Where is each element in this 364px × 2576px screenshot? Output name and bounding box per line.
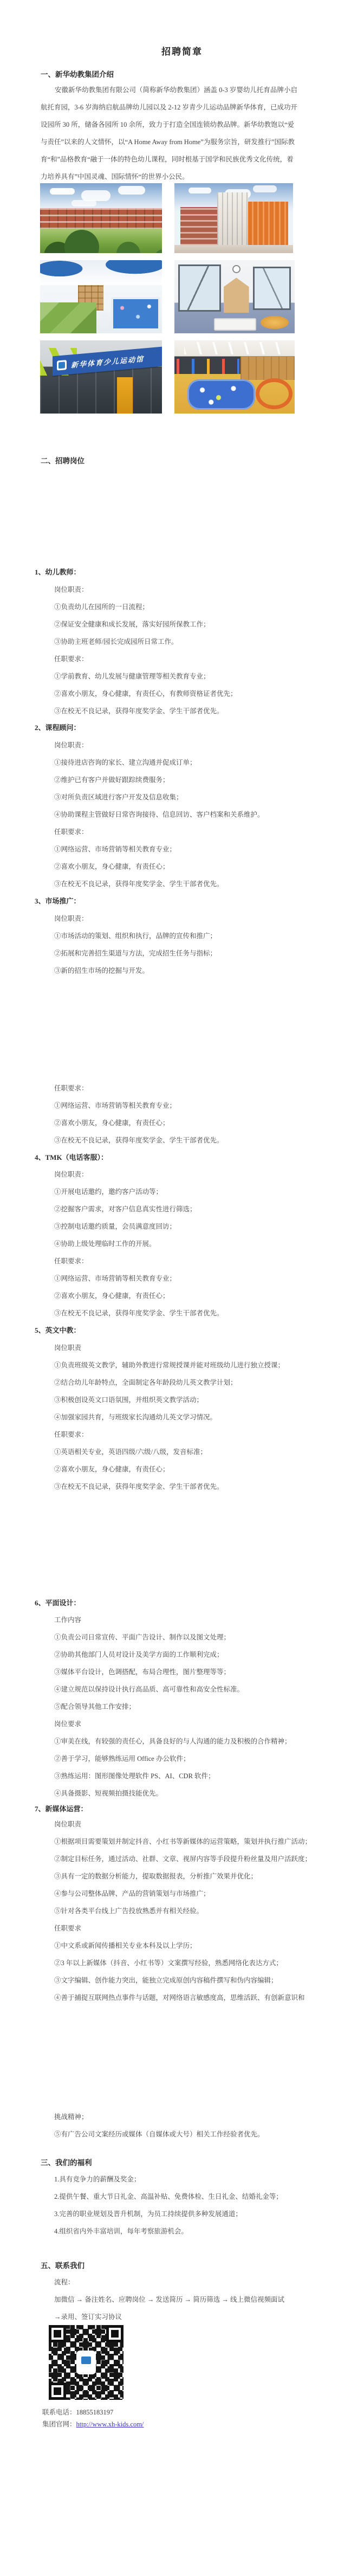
job-detail-line: ③对所负责区域进行客户开发及信息收集； bbox=[54, 789, 264, 806]
round-rug-shape bbox=[261, 316, 289, 329]
photo-indoor-playground-green-hills bbox=[40, 260, 162, 333]
job-heading-course-consultant: 2、课程顾问： bbox=[35, 719, 81, 737]
section-heading-contact-us: 五、联系我们 bbox=[41, 2257, 84, 2275]
job-detail-line: 工作内容 bbox=[54, 1611, 291, 1629]
job-detail-list-continued: 任职要求：①网络运营、市场营销等相关教育专业；②喜欢小朋友，身心健康，有责任心；… bbox=[54, 1080, 224, 1149]
job-detail-line: ③在校无不良记录，获得年度奖学金、学生干部者优先。 bbox=[54, 1132, 224, 1149]
job-detail-line: ①市场活动的策划、组织和执行，品牌的宣传和推广； bbox=[54, 927, 217, 945]
intro-line: 安徽新华幼教集团有限公司（简称新华幼教集团）涵盖 0-3 岁婴幼儿托育品牌小启 bbox=[41, 81, 297, 99]
recruitment-document-page: 招聘简章 一、新华幼教集团介绍 安徽新华幼教集团有限公司（简称新华幼教集团）涵盖… bbox=[0, 0, 364, 2576]
blue-mat-shape bbox=[187, 379, 255, 410]
job-detail-line: ③具有一定的数据分析能力，提取数据报表，分析推广效果并优化； bbox=[54, 1868, 311, 1885]
job-detail-line: ②协助其他部门人员对设计及美学方面的工作顺利完成； bbox=[54, 1646, 291, 1663]
orange-facade-shape bbox=[248, 202, 288, 246]
blue-cloud-ceiling-shape bbox=[40, 260, 162, 285]
job-detail-line: ①负责班级英文教学，辅助外教进行常规授课并能对班级幼儿进行独立授课； bbox=[54, 1357, 284, 1374]
job-detail-line: 岗位要求 bbox=[54, 1715, 291, 1733]
process-flow-line: 加微信 → 备注姓名、应聘岗位 → 发送简历 → 简历筛选 → 线上微信视频面试 bbox=[54, 2291, 284, 2308]
job-detail-line: 任职要求： bbox=[54, 1426, 284, 1443]
job-detail-list-continued: 挑战精神；⑤有广告公司文案经历或媒体（自媒体或大号）相关工作经验者优先。 bbox=[54, 2108, 264, 2143]
cloud-shape bbox=[188, 188, 211, 193]
job-detail-line: ③控制电话邀约质量，会员满意度回访； bbox=[54, 1218, 224, 1235]
process-flow-line: 流程： bbox=[54, 2274, 284, 2291]
job-detail-line: ③积极创设英文口语氛围，并组织英文教学活动； bbox=[54, 1391, 284, 1409]
job-detail-line: ②制定目标任务，通过活动、社群、文章、视屏内容等手段提升粉丝量及用户活跃度； bbox=[54, 1850, 311, 1868]
qr-finder-bottom-left bbox=[49, 2383, 66, 2400]
qr-finder-top-left bbox=[49, 2325, 66, 2342]
official-website-link[interactable]: http://www.xh-kids.com/ bbox=[76, 2420, 144, 2428]
qr-finder-top-right bbox=[106, 2325, 123, 2342]
floor-rug-shape bbox=[214, 318, 256, 331]
job-detail-line: ①审美在线，有较强的责任心，具备良好的与人沟通的能力及积极的合作精神； bbox=[54, 1733, 291, 1750]
wood-wall-shape bbox=[240, 357, 295, 380]
green-hill-steps-shape bbox=[40, 302, 96, 333]
job-detail-list: 岗位职责①根据项目需要策划并制定抖音、小红书等新媒体的运营策略，策划并执行推广活… bbox=[54, 1816, 311, 2006]
photo-campus-red-brick-building bbox=[40, 183, 162, 253]
colorful-posts-shape bbox=[177, 359, 239, 374]
job-detail-line: ④加强家园共育，与班级家长沟通幼儿英文学习情况。 bbox=[54, 1409, 284, 1426]
job-detail-line: ⑤有广告公司文案经历或媒体（自媒体或大号）相关工作经验者优先。 bbox=[54, 2126, 264, 2143]
job-detail-line: ①接待进店咨询的家长、建立沟通并促成订单； bbox=[54, 754, 264, 771]
contact-phone-line: 联系电话：18855183197 bbox=[42, 2406, 144, 2418]
job-detail-line: ②维护已有客户并做好跟踪续费服务； bbox=[54, 771, 264, 789]
job-detail-line: ②善于学习，能够熟练运用 Office 办公软件； bbox=[54, 1750, 291, 1767]
contact-info: 联系电话：18855183197 集团官网：http://www.xh-kids… bbox=[42, 2406, 144, 2430]
photo-indoor-gym-colorful-floor bbox=[174, 340, 295, 414]
white-tower-shape bbox=[217, 192, 248, 246]
intro-line: 育“和”品格教育“融于一体的特色幼儿课程，同时根基于国学和民族优秀文化传统，着 bbox=[41, 151, 297, 168]
document-title: 招聘简章 bbox=[0, 43, 364, 61]
orange-track-ring-shape bbox=[256, 378, 292, 409]
job-detail-line: ②拓展和完善招生渠道与方法，完成招生任务与指标； bbox=[54, 945, 217, 962]
section-heading-positions: 二、招聘岗位 bbox=[41, 453, 84, 470]
qr-matrix bbox=[49, 2325, 123, 2400]
job-detail-line: ④具备摄影、短视频拍摄技能优先。 bbox=[54, 1785, 291, 1802]
job-detail-list: 岗位职责①负责班级英文教学，辅助外教进行常规授课并能对班级幼儿进行独立授课；②结… bbox=[54, 1339, 284, 1495]
benefit-line: 2.提供午餐、重大节日礼金、高温补贴、免费体检、生日礼金、结婚礼金等； bbox=[54, 2188, 283, 2205]
application-process-flow: 流程：加微信 → 备注姓名、应聘岗位 → 发送简历 → 简历筛选 → 线上微信视… bbox=[54, 2274, 284, 2326]
job-detail-line: ①英语相关专业，英语四级/六级/八级，发音标准； bbox=[54, 1443, 284, 1461]
job-detail-line: 任职要求： bbox=[54, 1253, 224, 1270]
job-detail-line: ②保证安全健康和成长发展，落实好园所保教工作； bbox=[54, 616, 237, 633]
job-detail-line: ④协助课程主管做好日常咨询接待、信息回访、客户档案和关系维护。 bbox=[54, 806, 264, 823]
job-detail-line: 任职要求 bbox=[54, 1920, 311, 1937]
job-detail-line: ①网络运营、市场营销等相关教育专业； bbox=[54, 841, 264, 858]
job-detail-line: ③文字编辑、创作能力突出，能独立完成原创内容稿件撰写和伪内容编辑； bbox=[54, 1972, 311, 1989]
job-detail-line: ④善于捕捉互联网热点事件与话题，对网络语言敏感度高，思维活跃、有创新意识和 bbox=[54, 1989, 311, 2006]
qr-center-logo bbox=[77, 2352, 95, 2373]
job-detail-line: ②喜欢小朋友，身心健康，有责任心； bbox=[54, 1461, 284, 1478]
job-heading-tmk-phone-service: 4、TMK（电话客服）： bbox=[35, 1149, 108, 1166]
job-detail-line: 岗位职责 bbox=[54, 1339, 284, 1357]
ceiling-lights-shape bbox=[184, 342, 285, 354]
job-detail-line: ①网络运营、市场营销等相关教育专业； bbox=[54, 1270, 224, 1287]
wall-clock-shape bbox=[232, 265, 240, 273]
job-detail-line: ④协助上级处理临时工作的开展。 bbox=[54, 1235, 224, 1253]
job-detail-list: 岗位职责：①市场活动的策划、组织和执行，品牌的宣传和推广；②拓展和完善招生渠道与… bbox=[54, 910, 217, 979]
job-detail-line: ③在校无不良记录，获得年度奖学金、学生干部者优先。 bbox=[54, 702, 237, 720]
job-detail-line: ③媒体平台设计，色调搭配，布局合理性，图片整理等等； bbox=[54, 1663, 291, 1681]
job-heading-english-teacher: 5、英文中教： bbox=[35, 1322, 81, 1339]
job-detail-line: ③在校无不良记录，获得年度奖学金、学生干部者优先。 bbox=[54, 1478, 284, 1495]
job-detail-line: 任职要求： bbox=[54, 650, 237, 668]
job-detail-line: ①根据项目需要策划并制定抖音、小红书等新媒体的运营策略，策划并执行推广活动； bbox=[54, 1833, 311, 1850]
photo-campus-white-orange-building bbox=[174, 183, 293, 253]
job-detail-line: ④建立规范以保持设计执行高品质、高可靠性和高安全性标准。 bbox=[54, 1681, 291, 1698]
job-detail-line: ③在校无不良记录，获得年度奖学金、学生干部者优先。 bbox=[54, 1305, 224, 1322]
job-detail-line: ②3 年以上新媒体（抖音、小红书等）文案撰写经验，熟悉网络化表达方式； bbox=[54, 1954, 311, 1972]
job-detail-line: 任职要求： bbox=[54, 823, 264, 841]
intro-line: 航托育园，3-6 岁海纳启航品牌幼儿园以及 2-12 岁青少儿运动品牌新华体育，… bbox=[41, 99, 297, 116]
intro-line: 设园所 30 所，储备各园所 10 余所，致力于打造全国连锁幼教品牌。新华幼教饱… bbox=[41, 116, 297, 133]
job-detail-line: 岗位职责： bbox=[54, 1166, 224, 1183]
job-detail-line: ②结合幼儿年龄特点，全面制定各年龄段幼儿英文教学计划； bbox=[54, 1374, 284, 1391]
job-detail-line: ①学前教育、幼儿发展与健康管理等相关教育专业； bbox=[54, 668, 237, 685]
job-detail-line: ③新的招生市场的挖掘与开发。 bbox=[54, 962, 217, 979]
benefits-list: 1.具有竞争力的薪酬及奖金；2.提供午餐、重大节日礼金、高温补贴、免费体检、生日… bbox=[54, 2171, 283, 2240]
job-detail-line: ③协助主班老师/园长完成园所日常工作。 bbox=[54, 633, 237, 650]
section-heading-benefits: 三、我们的福利 bbox=[41, 2154, 92, 2172]
job-detail-line: ①负责幼儿在园所的一日流程； bbox=[54, 598, 237, 616]
job-detail-line: ①中文系或新闻传播相关专业本科及以上学历； bbox=[54, 1937, 311, 1954]
benefit-line: 4.组织省内外丰富培训，每年考察旅游机会。 bbox=[54, 2223, 283, 2240]
job-detail-list: 工作内容①负责公司日常宣传、平面广告设计、制作以及图文处理；②协助其他部门人员对… bbox=[54, 1611, 291, 1802]
job-detail-line: ②喜欢小朋友，身心健康，有责任心，有教师资格证者优先； bbox=[54, 685, 237, 702]
brick-building-shape bbox=[40, 208, 162, 229]
cloud-shape bbox=[50, 188, 75, 195]
job-detail-list: 岗位职责：①开展电话邀约，邀约客户活动等；②挖掘客户需求，对客户信息真实性进行筛… bbox=[54, 1166, 224, 1322]
photo-xinhua-sports-storefront: 新华体育少儿运动馆 bbox=[40, 340, 162, 414]
job-detail-line: ④参与公司整体品牌、产品的营销策划与市场推广； bbox=[54, 1885, 311, 1902]
job-detail-line: 岗位职责： bbox=[54, 910, 217, 927]
website-label: 集团官网： bbox=[42, 2420, 76, 2428]
job-detail-list: 岗位职责：①负责幼儿在园所的一日流程；②保证安全健康和成长发展，落实好园所保教工… bbox=[54, 581, 237, 720]
job-detail-line: ①负责公司日常宣传、平面广告设计、制作以及图文处理； bbox=[54, 1629, 291, 1646]
job-heading-kindergarten-teacher: 1、幼儿教师： bbox=[35, 564, 81, 581]
lawn-shape bbox=[40, 229, 162, 253]
benefit-line: 3.完善的职业规划及晋升机制，为员工持续提供多种发展通道； bbox=[54, 2205, 283, 2223]
job-detail-line: ②喜欢小朋友，身心健康，有责任心； bbox=[54, 858, 264, 875]
job-detail-line: 岗位职责： bbox=[54, 737, 264, 754]
job-heading-graphic-design: 6、平面设计： bbox=[35, 1594, 81, 1612]
job-heading-market-promotion: 3、市场推广： bbox=[35, 893, 81, 910]
job-detail-line: ⑤配合领导其他工作安排； bbox=[54, 1698, 291, 1715]
job-detail-line: ②喜欢小朋友，身心健康，有责任心； bbox=[54, 1114, 224, 1132]
yellow-door-shape bbox=[117, 377, 133, 414]
job-detail-line: 岗位职责： bbox=[54, 581, 237, 598]
window-right-shape bbox=[253, 267, 291, 310]
job-detail-line: ①网络运营、市场营销等相关教育专业； bbox=[54, 1097, 224, 1114]
job-detail-line: 岗位职责 bbox=[54, 1816, 311, 1833]
wechat-qr-code bbox=[46, 2322, 126, 2403]
job-detail-line: ②挖掘客户需求，对客户信息真实性进行筛选； bbox=[54, 1200, 224, 1218]
intro-paragraph: 安徽新华幼教集团有限公司（简称新华幼教集团）涵盖 0-3 岁婴幼儿托育品牌小启航… bbox=[41, 81, 297, 185]
job-detail-list: 岗位职责：①接待进店咨询的家长、建立沟通并促成订单；②维护已有客户并做好跟踪续费… bbox=[54, 737, 264, 893]
house-bookshelf-shape bbox=[224, 277, 249, 313]
intro-line: 与责任”以来的人文情怀，以“A Home Away from Home”为服务宗… bbox=[41, 133, 297, 151]
contact-website-line: 集团官网：http://www.xh-kids.com/ bbox=[42, 2418, 144, 2430]
job-detail-line: ①开展电话邀约，邀约客户活动等； bbox=[54, 1183, 224, 1200]
job-detail-line: ⑤针对各类平台线上广告投放熟悉并有相关经验。 bbox=[54, 1902, 311, 1920]
brick-wing-shape bbox=[180, 207, 217, 246]
photo-classroom-reading-corner bbox=[174, 260, 295, 333]
ball-pit-shape bbox=[111, 297, 160, 331]
job-detail-line: 挑战精神； bbox=[54, 2108, 264, 2126]
window-left-shape bbox=[178, 264, 221, 312]
benefit-line: 1.具有竞争力的薪酬及奖金； bbox=[54, 2171, 283, 2188]
plaza-shape bbox=[174, 245, 293, 253]
sports-logo-icon bbox=[57, 360, 67, 371]
job-detail-line: ③熟练运用：图形图像处理软件 PS、AI、CDR 软件； bbox=[54, 1767, 291, 1785]
job-detail-line: ③在校无不良记录，获得年度奖学金、学生干部者优先。 bbox=[54, 875, 264, 893]
job-detail-line: 任职要求： bbox=[54, 1080, 224, 1097]
job-detail-line: ②喜欢小朋友，身心健康，有责任心； bbox=[54, 1287, 224, 1305]
